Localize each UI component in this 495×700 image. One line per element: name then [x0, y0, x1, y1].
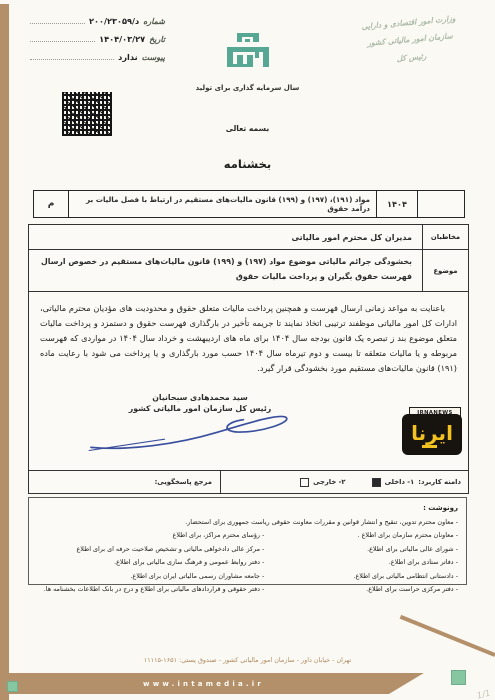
scope-label: دامنه کاربرد: — [418, 478, 461, 486]
subject-row: موضوع بخشودگی جرائم مالیاتی موضوع مواد (… — [29, 250, 468, 292]
letter-table: مخاطبان مدیران کل محترم امور مالیاتی موض… — [28, 224, 469, 494]
cc-item: شورای عالی مالیاتی برای اطلاع. — [264, 543, 458, 556]
checkbox-external-icon — [300, 478, 309, 487]
cc-item: دفتر مرکزی حراست برای اطلاع. — [264, 583, 458, 596]
scope-options: دامنه کاربرد: ۱- داخلی ۲- خارجی — [221, 478, 468, 487]
signer-name: سید محمدهادی سبحانیان — [114, 393, 286, 402]
cc-item: رؤسای محترم مراکز، برای اطلاع — [37, 529, 264, 542]
dotted-line — [30, 21, 85, 24]
footer-address: تهران - خیابان داور - سازمان امور مالیات… — [0, 656, 495, 664]
cc-row: دفتر مرکزی حراست برای اطلاع. دفتر حقوقی … — [37, 583, 458, 596]
cc-item: مرکز عالی دادخواهی مالیاتی و تشخیص صلاحی… — [37, 543, 264, 556]
irna-wordmark-box: ایرنا — [402, 414, 462, 455]
irna-underline-bar — [422, 445, 437, 449]
reference-label: مرجع پاسخگویی: — [155, 478, 212, 486]
bismillah-text: بسمه تعالی — [0, 124, 495, 133]
cc-item: دادستانی انتظامی مالیاتی برای اطلاع. — [264, 570, 458, 583]
scanned-circular-document: شماره د/۲۰۰/۲۳۰۵۹ تاریخ ۱۴۰۴/۰۳/۲۷ پیوست… — [0, 0, 495, 700]
page-number: 1/1 — [476, 688, 492, 700]
number-line: شماره د/۲۰۰/۲۳۰۵۹ — [30, 16, 165, 26]
scope-row: دامنه کاربرد: ۱- داخلی ۲- خارجی مرجع پاس… — [29, 470, 468, 493]
subject-label: موضوع — [422, 250, 468, 291]
checkbox-internal-icon — [372, 478, 381, 487]
ministry-header: وزارت امور اقتصادی و دارایی سازمان امور … — [333, 8, 487, 73]
classification-subject: مواد (۱۹۱)، (۱۹۷) و (۱۹۹) قانون مالیات‌ه… — [69, 191, 377, 217]
reference-cell: مرجع پاسخگویی: — [29, 471, 221, 493]
body-paragraph: باعنایت به مواعد زمانی ارسال فهرست و همچ… — [29, 292, 468, 376]
cc-row: دفاتر ستادی برای اطلاع. دفتر روابط عمومی… — [37, 556, 458, 569]
signer-title: رئیس کل سازمان امور مالیاتی کشور — [114, 404, 286, 413]
cc-item: دفاتر ستادی برای اطلاع. — [264, 556, 458, 569]
footer-ribbon-fold — [400, 615, 495, 657]
dotted-line — [30, 39, 95, 42]
date-label: تاریخ — [149, 35, 165, 44]
scope-internal-option: دامنه کاربرد: ۱- داخلی — [372, 478, 461, 487]
cc-item: دفتر حقوقی و قراردادهای مالیاتی برای اطل… — [37, 583, 264, 596]
audience-row: مخاطبان مدیران کل محترم امور مالیاتی — [29, 225, 468, 250]
cc-item: جامعه مشاوران رسمی مالیاتی ایران برای اط… — [37, 570, 264, 583]
audience-value: مدیران کل محترم امور مالیاتی — [29, 225, 422, 249]
classification-code: م — [34, 191, 69, 217]
cc-title: رونوشت : — [37, 501, 458, 516]
audience-label: مخاطبان — [422, 225, 468, 249]
number-value: د/۲۰۰/۲۳۰۵۹ — [89, 16, 139, 26]
date-line: تاریخ ۱۴۰۴/۰۳/۲۷ — [30, 34, 165, 44]
cc-row: دادستانی انتظامی مالیاتی برای اطلاع. جام… — [37, 570, 458, 583]
cc-row: معاونان محترم سازمان برای اطلاع . رؤسای … — [37, 529, 458, 542]
attachment-value: ندارد — [118, 52, 138, 62]
header-meta: شماره د/۲۰۰/۲۳۰۵۹ تاریخ ۱۴۰۴/۰۳/۲۷ پیوست… — [30, 16, 165, 70]
date-value: ۱۴۰۴/۰۳/۲۷ — [99, 34, 145, 44]
cc-section: رونوشت : معاون محترم تدوین، تنقیح و انتش… — [28, 497, 467, 585]
scope-external-option: ۲- خارجی — [300, 478, 345, 487]
subject-value: بخشودگی جرائم مالیاتی موضوع مواد (۱۹۷) و… — [29, 250, 422, 291]
dotted-line — [30, 57, 114, 60]
document-title: بخشنامه — [0, 157, 495, 171]
website-url: www.intamedia.ir — [143, 680, 294, 688]
irna-logo: IRNANEWS ایرنا — [402, 407, 462, 455]
attachment-line: پیوست ندارد — [30, 52, 165, 62]
year-slogan: سال سرمایه گذاری برای تولید — [0, 84, 495, 92]
green-marker-right — [451, 670, 466, 685]
page-edge-strip — [0, 4, 9, 700]
signature-block: سید محمدهادی سبحانیان رئیس کل سازمان امو… — [114, 393, 286, 413]
classification-row: م مواد (۱۹۱)، (۱۹۷) و (۱۹۹) قانون مالیات… — [33, 190, 465, 218]
cc-row: شورای عالی مالیاتی برای اطلاع. مرکز عالی… — [37, 543, 458, 556]
cc-row: معاون محترم تدوین، تنقیح و انتشار قوانین… — [37, 516, 458, 529]
cc-item: معاون محترم تدوین، تنقیح و انتشار قوانین… — [37, 516, 458, 529]
green-marker-left — [7, 681, 18, 692]
attachment-label: پیوست — [142, 53, 165, 62]
irna-wordmark: ایرنا — [411, 423, 453, 443]
cc-item: معاونان محترم سازمان برای اطلاع . — [264, 529, 458, 542]
footer-band: www.intamedia.ir — [0, 673, 437, 694]
tax-organization-logo-icon — [225, 30, 271, 76]
classification-year: ۱۴۰۴ — [377, 191, 418, 217]
number-label: شماره — [143, 17, 165, 26]
scope-internal-label: ۱- داخلی — [385, 478, 415, 486]
scope-external-label: ۲- خارجی — [313, 478, 345, 486]
classification-empty-cell — [418, 191, 464, 217]
cc-item: دفتر روابط عمومی و فرهنگ سازی مالیاتی بر… — [37, 556, 264, 569]
